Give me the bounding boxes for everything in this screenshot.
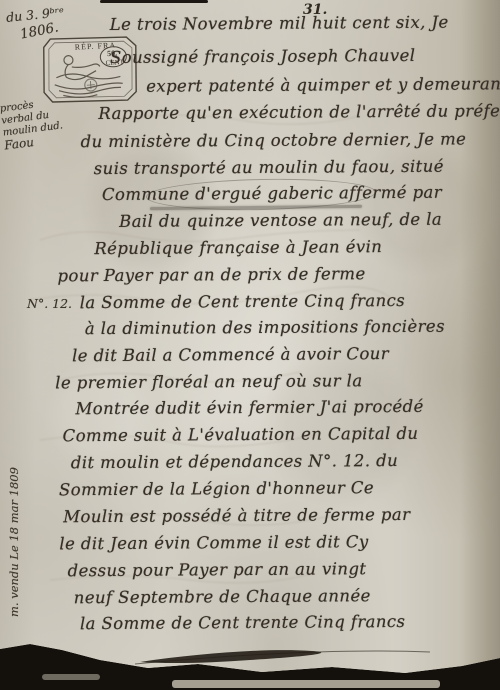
manuscript-scan: 31. du 3. 9ᵇʳᵉ 1806. RÉP. FRA. 50. CENT xyxy=(0,0,500,690)
manuscript-line: le dit Jean évin Comme il est dit Cy xyxy=(59,532,368,553)
manuscript-line: du ministère du Cinq octobre dernier, Je… xyxy=(81,129,467,151)
ink-flourish xyxy=(0,640,500,680)
manuscript-line: Commune d'ergué gaberic affermé par xyxy=(102,183,442,204)
manuscript-line: le dit Bail a Commencé à avoir Cour xyxy=(72,344,389,365)
manuscript-body: Le trois Novembre mil huit cent six, Je … xyxy=(0,0,500,690)
manuscript-line: Montrée dudit évin fermier J'ai procédé xyxy=(75,397,423,418)
manuscript-line: Moulin est possédé à titre de ferme par xyxy=(63,505,410,526)
manuscript-line: suis transporté au moulin du faou, situé xyxy=(94,157,444,178)
manuscript-line: dessus pour Payer par an au vingt xyxy=(68,559,367,580)
manuscript-line: la Somme de Cent trente Cinq francs xyxy=(80,612,406,633)
manuscript-line: Sommier de la Légion d'honneur Ce xyxy=(59,478,374,499)
manuscript-line: expert patenté à quimper et y demeurant, xyxy=(146,74,500,96)
manuscript-line: la Somme de Cent trente Cinq francs xyxy=(80,291,406,312)
manuscript-line: Comme suit à L'évaluation en Capital du xyxy=(63,424,419,445)
manuscript-line: pour Payer par an de prix de ferme xyxy=(57,264,365,285)
manuscript-line: République française à Jean évin xyxy=(94,237,382,258)
manuscript-line: le premier floréal an neuf où sur la xyxy=(55,371,362,392)
manuscript-line: Bail du quinze ventose an neuf, de la xyxy=(119,210,442,231)
manuscript-line: à la diminution des impositions foncière… xyxy=(85,317,445,339)
manuscript-line: Soussigné françois Joseph Chauvel xyxy=(110,46,416,67)
manuscript-line: dit moulin et dépendances N°. 12. du xyxy=(71,451,398,472)
manuscript-line: Le trois Novembre mil huit cent six, Je xyxy=(110,13,449,34)
manuscript-line: Rapporte qu'en exécution de l'arrêté du … xyxy=(98,101,500,123)
manuscript-line: neuf Septembre de Chaque année xyxy=(74,586,371,607)
